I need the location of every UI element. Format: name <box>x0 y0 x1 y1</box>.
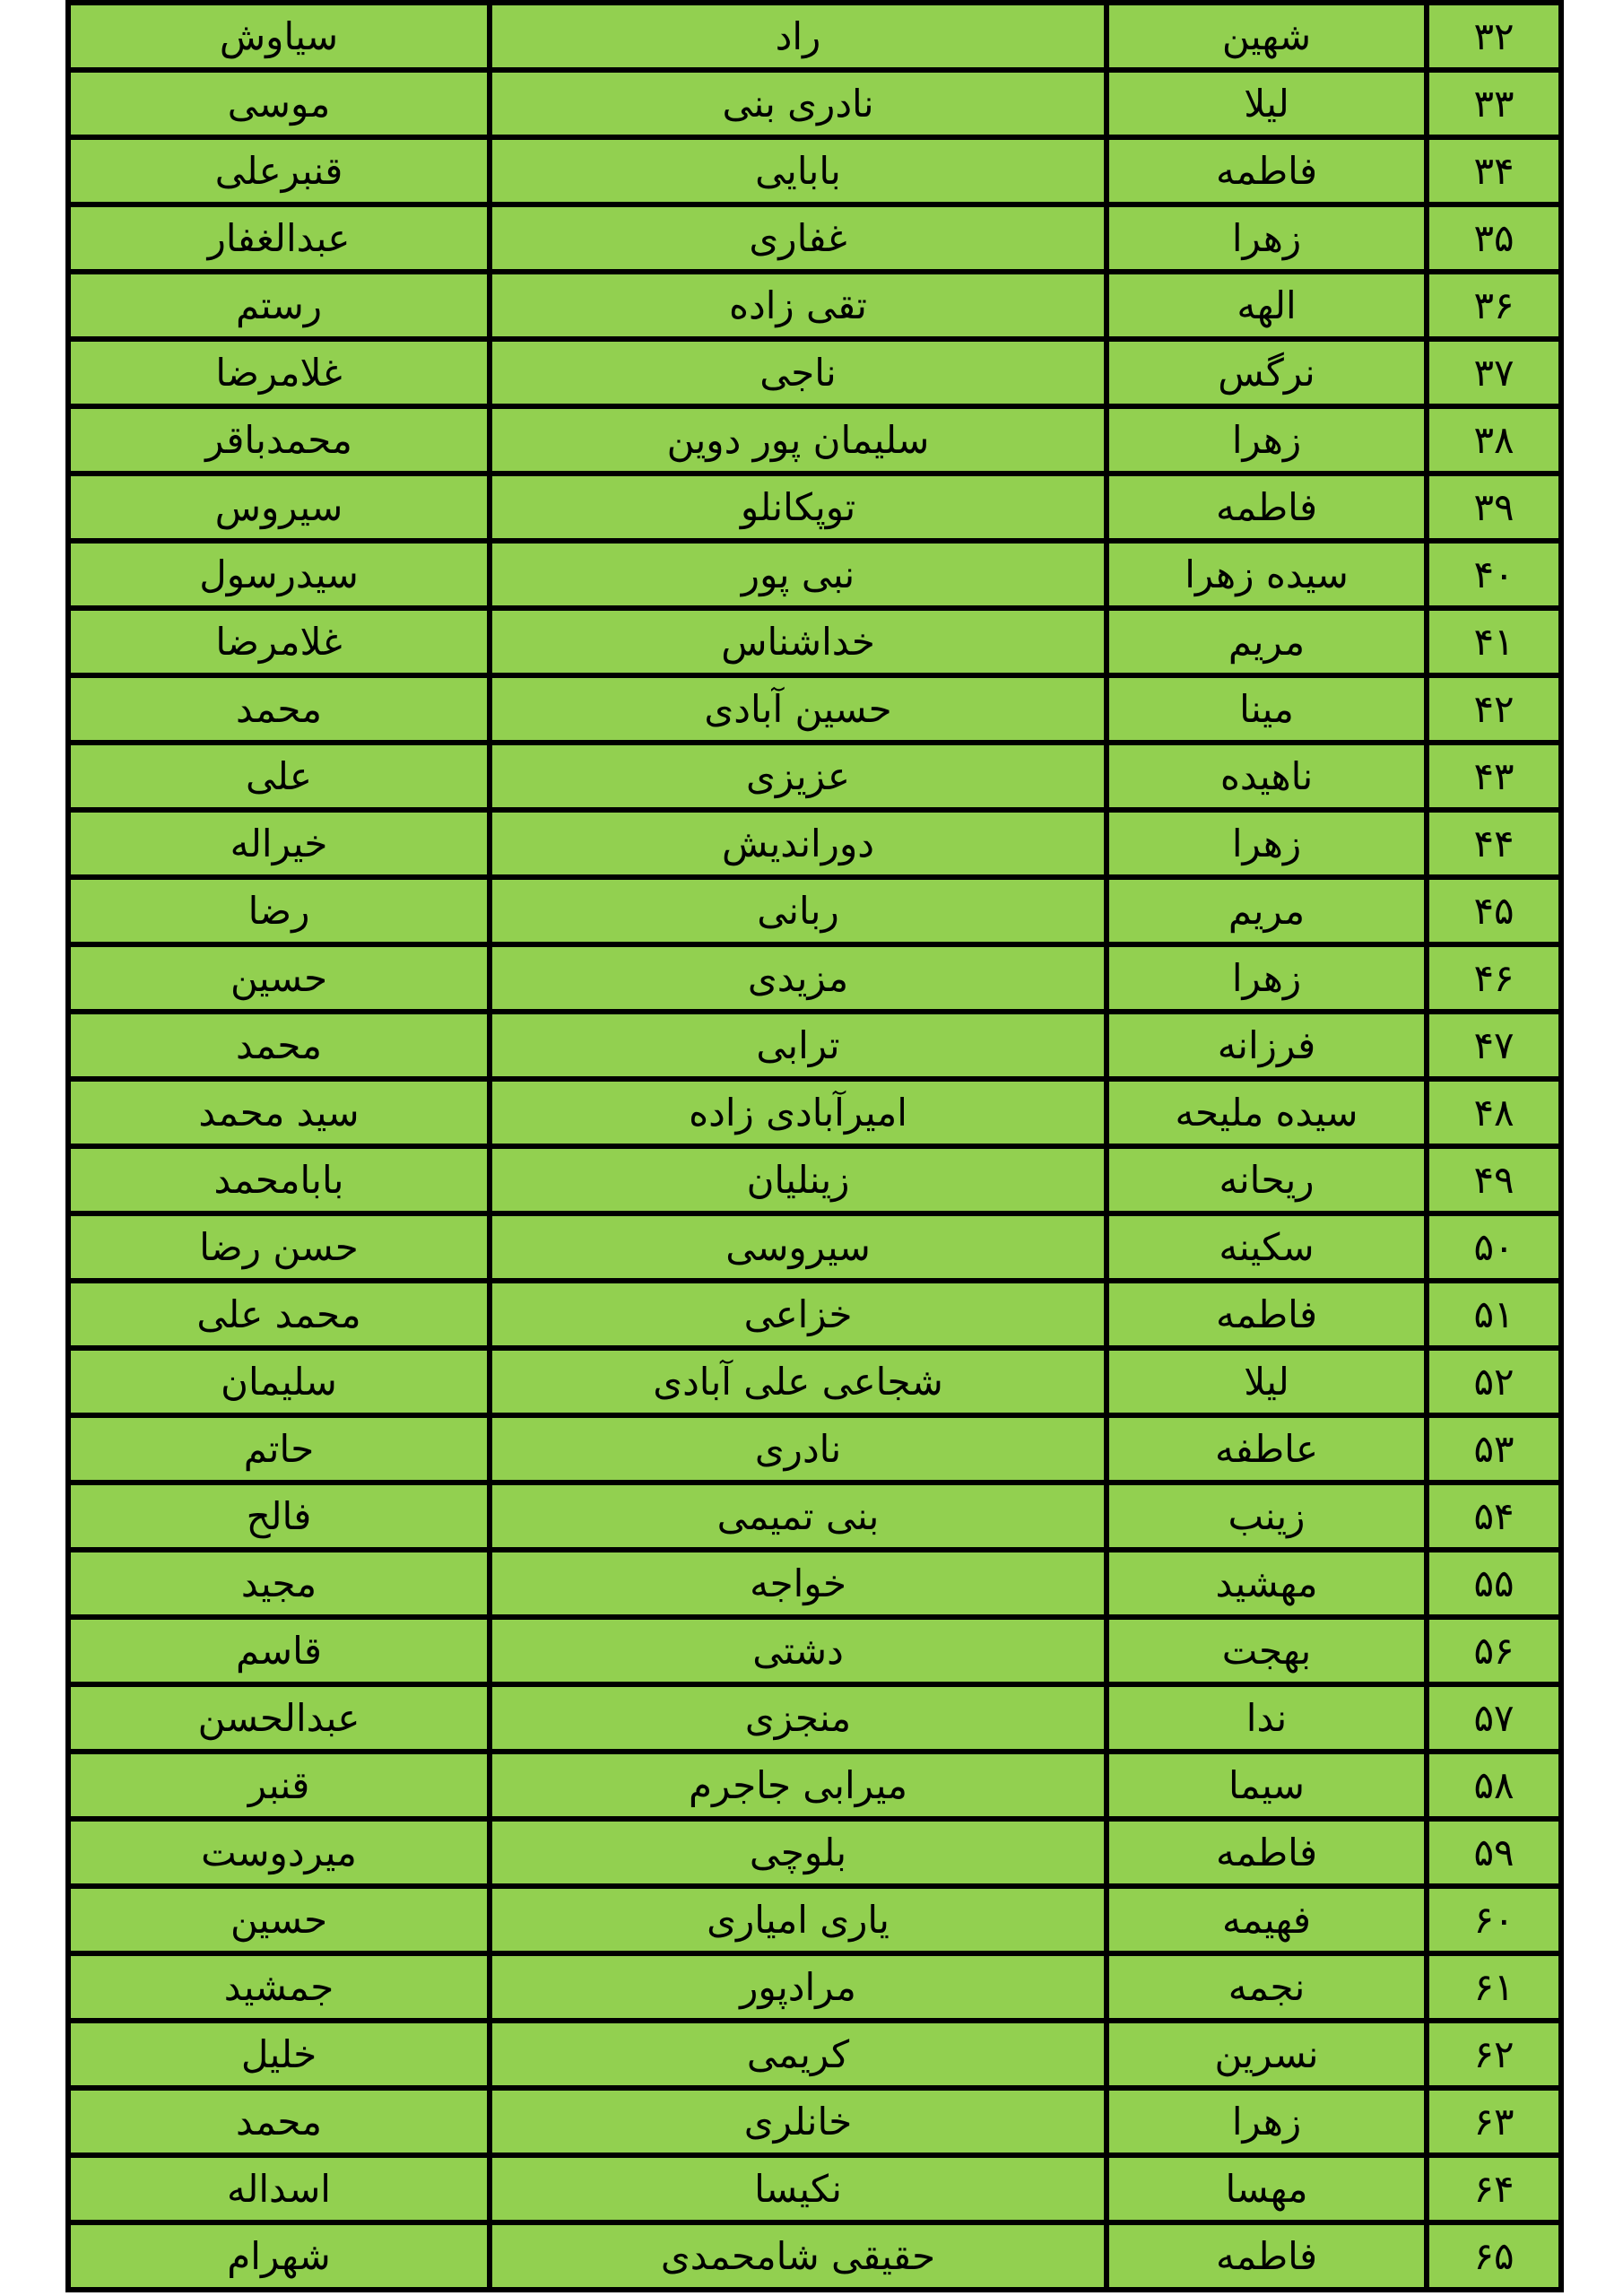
last-name-cell: سلیمان پور دوین <box>490 406 1107 474</box>
row-number-cell: ۶۰ <box>1427 1886 1561 1953</box>
last-name-cell: میرابی جاجرم <box>490 1752 1107 1819</box>
father-name-cell: قنبر <box>68 1752 490 1819</box>
last-name-cell: غفاری <box>490 204 1107 272</box>
father-name-cell: فالح <box>68 1483 490 1550</box>
last-name-cell: خواجه <box>490 1550 1107 1617</box>
row-number-cell: ۳۷ <box>1427 339 1561 406</box>
table-row: ۴۲میناحسین آبادیمحمد <box>68 675 1561 743</box>
row-number-cell: ۳۲ <box>1427 3 1561 70</box>
table-row: ۵۳عاطفهنادریحاتم <box>68 1415 1561 1483</box>
last-name-cell: امیرآبادی زاده <box>490 1079 1107 1146</box>
table-row: ۳۴فاطمهباباییقنبرعلی <box>68 137 1561 204</box>
last-name-cell: خداشناس <box>490 608 1107 675</box>
father-name-cell: موسی <box>68 70 490 137</box>
last-name-cell: سیروسی <box>490 1213 1107 1281</box>
father-name-cell: عبدالحسن <box>68 1684 490 1752</box>
row-number-cell: ۵۷ <box>1427 1684 1561 1752</box>
first-name-cell: زهرا <box>1107 810 1427 877</box>
last-name-cell: بلوچی <box>490 1819 1107 1886</box>
last-name-cell: بابایی <box>490 137 1107 204</box>
first-name-cell: سیما <box>1107 1752 1427 1819</box>
father-name-cell: سیاوش <box>68 3 490 70</box>
table-row: ۳۸زهراسلیمان پور دوینمحمدباقر <box>68 406 1561 474</box>
table-row: ۵۱فاطمهخزاعیمحمد علی <box>68 1281 1561 1348</box>
table-row: ۳۳لیلانادری بنیموسی <box>68 70 1561 137</box>
table-row: ۴۸سیده ملیحهامیرآبادی زادهسید محمد <box>68 1079 1561 1146</box>
last-name-cell: مزیدی <box>490 944 1107 1012</box>
row-number-cell: ۵۸ <box>1427 1752 1561 1819</box>
last-name-cell: حسین آبادی <box>490 675 1107 743</box>
father-name-cell: محمد <box>68 675 490 743</box>
first-name-cell: مریم <box>1107 877 1427 944</box>
table-row: ۵۷ندامنجزیعبدالحسن <box>68 1684 1561 1752</box>
last-name-cell: خانلری <box>490 2088 1107 2155</box>
father-name-cell: اسداله <box>68 2155 490 2222</box>
last-name-cell: خزاعی <box>490 1281 1107 1348</box>
first-name-cell: ریحانه <box>1107 1146 1427 1213</box>
father-name-cell: حسین <box>68 944 490 1012</box>
table-row: ۴۳ناهیدهعزیزیعلی <box>68 743 1561 810</box>
last-name-cell: حقیقی شامحمدی <box>490 2222 1107 2290</box>
row-number-cell: ۴۴ <box>1427 810 1561 877</box>
first-name-cell: زینب <box>1107 1483 1427 1550</box>
table-row: ۵۵مهشیدخواجهمجید <box>68 1550 1561 1617</box>
last-name-cell: نبی پور <box>490 541 1107 608</box>
spreadsheet-page: ۳۲شهینرادسیاوش۳۳لیلانادری بنیموسی۳۴فاطمه… <box>0 0 1623 2296</box>
row-number-cell: ۳۹ <box>1427 474 1561 541</box>
first-name-cell: زهرا <box>1107 2088 1427 2155</box>
last-name-cell: مرادپور <box>490 1953 1107 2021</box>
table-row: ۶۳زهراخانلریمحمد <box>68 2088 1561 2155</box>
father-name-cell: حسین <box>68 1886 490 1953</box>
father-name-cell: علی <box>68 743 490 810</box>
last-name-cell: زینلیان <box>490 1146 1107 1213</box>
row-number-cell: ۵۴ <box>1427 1483 1561 1550</box>
first-name-cell: بهجت <box>1107 1617 1427 1684</box>
table-row: ۵۲لیلاشجاعی علی آبادیسلیمان <box>68 1348 1561 1415</box>
table-row: ۴۹ریحانهزینلیانبابامحمد <box>68 1146 1561 1213</box>
first-name-cell: لیلا <box>1107 70 1427 137</box>
first-name-cell: الهه <box>1107 272 1427 339</box>
father-name-cell: جمشید <box>68 1953 490 2021</box>
row-number-cell: ۵۰ <box>1427 1213 1561 1281</box>
row-number-cell: ۴۳ <box>1427 743 1561 810</box>
row-number-cell: ۴۲ <box>1427 675 1561 743</box>
last-name-cell: منجزی <box>490 1684 1107 1752</box>
father-name-cell: سلیمان <box>68 1348 490 1415</box>
father-name-cell: سیروس <box>68 474 490 541</box>
table-row: ۳۲شهینرادسیاوش <box>68 3 1561 70</box>
table-row: ۵۰سکینهسیروسیحسن رضا <box>68 1213 1561 1281</box>
father-name-cell: محمد <box>68 2088 490 2155</box>
table-row: ۴۶زهرامزیدیحسین <box>68 944 1561 1012</box>
row-number-cell: ۵۳ <box>1427 1415 1561 1483</box>
last-name-cell: توپکانلو <box>490 474 1107 541</box>
row-number-cell: ۴۰ <box>1427 541 1561 608</box>
table-row: ۵۶بهجتدشتیقاسم <box>68 1617 1561 1684</box>
names-table: ۳۲شهینرادسیاوش۳۳لیلانادری بنیموسی۳۴فاطمه… <box>65 0 1564 2292</box>
row-number-cell: ۳۴ <box>1427 137 1561 204</box>
last-name-cell: دشتی <box>490 1617 1107 1684</box>
last-name-cell: ربانی <box>490 877 1107 944</box>
table-row: ۶۲نسرینکریمیخلیل <box>68 2021 1561 2088</box>
last-name-cell: دوراندیش <box>490 810 1107 877</box>
father-name-cell: بابامحمد <box>68 1146 490 1213</box>
first-name-cell: مینا <box>1107 675 1427 743</box>
table-row: ۴۵مریمربانیرضا <box>68 877 1561 944</box>
first-name-cell: لیلا <box>1107 1348 1427 1415</box>
first-name-cell: سیده ملیحه <box>1107 1079 1427 1146</box>
table-row: ۶۵فاطمهحقیقی شامحمدیشهرام <box>68 2222 1561 2290</box>
row-number-cell: ۶۳ <box>1427 2088 1561 2155</box>
table-row: ۵۴زینببنی تمیمیفالح <box>68 1483 1561 1550</box>
last-name-cell: عزیزی <box>490 743 1107 810</box>
table-body: ۳۲شهینرادسیاوش۳۳لیلانادری بنیموسی۳۴فاطمه… <box>68 3 1561 2290</box>
first-name-cell: نسرین <box>1107 2021 1427 2088</box>
father-name-cell: غلامرضا <box>68 339 490 406</box>
father-name-cell: حاتم <box>68 1415 490 1483</box>
last-name-cell: کریمی <box>490 2021 1107 2088</box>
first-name-cell: فاطمه <box>1107 137 1427 204</box>
first-name-cell: فرزانه <box>1107 1012 1427 1079</box>
father-name-cell: خیراله <box>68 810 490 877</box>
table-row: ۶۴مهسانکیسااسداله <box>68 2155 1561 2222</box>
first-name-cell: مهشید <box>1107 1550 1427 1617</box>
row-number-cell: ۴۱ <box>1427 608 1561 675</box>
first-name-cell: سکینه <box>1107 1213 1427 1281</box>
row-number-cell: ۳۸ <box>1427 406 1561 474</box>
table-row: ۶۱نجمهمرادپورجمشید <box>68 1953 1561 2021</box>
first-name-cell: نجمه <box>1107 1953 1427 2021</box>
last-name-cell: ناجی <box>490 339 1107 406</box>
row-number-cell: ۴۷ <box>1427 1012 1561 1079</box>
row-number-cell: ۶۲ <box>1427 2021 1561 2088</box>
row-number-cell: ۵۲ <box>1427 1348 1561 1415</box>
table-row: ۵۸سیمامیرابی جاجرمقنبر <box>68 1752 1561 1819</box>
father-name-cell: حسن رضا <box>68 1213 490 1281</box>
table-row: ۴۱مریمخداشناسغلامرضا <box>68 608 1561 675</box>
first-name-cell: زهرا <box>1107 406 1427 474</box>
row-number-cell: ۴۶ <box>1427 944 1561 1012</box>
row-number-cell: ۳۳ <box>1427 70 1561 137</box>
last-name-cell: تقی زاده <box>490 272 1107 339</box>
row-number-cell: ۵۶ <box>1427 1617 1561 1684</box>
table-row: ۳۶الههتقی زادهرستم <box>68 272 1561 339</box>
row-number-cell: ۳۵ <box>1427 204 1561 272</box>
last-name-cell: بنی تمیمی <box>490 1483 1107 1550</box>
father-name-cell: عبدالغفار <box>68 204 490 272</box>
father-name-cell: رستم <box>68 272 490 339</box>
row-number-cell: ۶۱ <box>1427 1953 1561 2021</box>
father-name-cell: خلیل <box>68 2021 490 2088</box>
row-number-cell: ۵۵ <box>1427 1550 1561 1617</box>
last-name-cell: راد <box>490 3 1107 70</box>
last-name-cell: نادری <box>490 1415 1107 1483</box>
father-name-cell: محمد <box>68 1012 490 1079</box>
table-row: ۳۵زهراغفاریعبدالغفار <box>68 204 1561 272</box>
first-name-cell: شهین <box>1107 3 1427 70</box>
father-name-cell: سید محمد <box>68 1079 490 1146</box>
father-name-cell: مجید <box>68 1550 490 1617</box>
first-name-cell: مهسا <box>1107 2155 1427 2222</box>
father-name-cell: غلامرضا <box>68 608 490 675</box>
first-name-cell: سیده زهرا <box>1107 541 1427 608</box>
table-row: ۳۷نرگسناجیغلامرضا <box>68 339 1561 406</box>
table-row: ۵۹فاطمهبلوچیمیردوست <box>68 1819 1561 1886</box>
table-row: ۴۴زهرادوراندیشخیراله <box>68 810 1561 877</box>
father-name-cell: قاسم <box>68 1617 490 1684</box>
first-name-cell: زهرا <box>1107 944 1427 1012</box>
father-name-cell: سیدرسول <box>68 541 490 608</box>
first-name-cell: مریم <box>1107 608 1427 675</box>
father-name-cell: محمد علی <box>68 1281 490 1348</box>
first-name-cell: ندا <box>1107 1684 1427 1752</box>
father-name-cell: شهرام <box>68 2222 490 2290</box>
first-name-cell: فاطمه <box>1107 2222 1427 2290</box>
first-name-cell: نرگس <box>1107 339 1427 406</box>
father-name-cell: قنبرعلی <box>68 137 490 204</box>
row-number-cell: ۶۵ <box>1427 2222 1561 2290</box>
first-name-cell: فهیمه <box>1107 1886 1427 1953</box>
first-name-cell: ناهیده <box>1107 743 1427 810</box>
row-number-cell: ۴۸ <box>1427 1079 1561 1146</box>
row-number-cell: ۵۹ <box>1427 1819 1561 1886</box>
first-name-cell: فاطمه <box>1107 474 1427 541</box>
last-name-cell: شجاعی علی آبادی <box>490 1348 1107 1415</box>
last-name-cell: یاری امیاری <box>490 1886 1107 1953</box>
last-name-cell: نادری بنی <box>490 70 1107 137</box>
first-name-cell: عاطفه <box>1107 1415 1427 1483</box>
father-name-cell: میردوست <box>68 1819 490 1886</box>
first-name-cell: فاطمه <box>1107 1281 1427 1348</box>
first-name-cell: فاطمه <box>1107 1819 1427 1886</box>
row-number-cell: ۴۵ <box>1427 877 1561 944</box>
table-row: ۳۹فاطمهتوپکانلوسیروس <box>68 474 1561 541</box>
row-number-cell: ۳۶ <box>1427 272 1561 339</box>
row-number-cell: ۵۱ <box>1427 1281 1561 1348</box>
father-name-cell: رضا <box>68 877 490 944</box>
table-row: ۴۰سیده زهرانبی پورسیدرسول <box>68 541 1561 608</box>
last-name-cell: نکیسا <box>490 2155 1107 2222</box>
last-name-cell: ترابی <box>490 1012 1107 1079</box>
table-row: ۴۷فرزانهترابیمحمد <box>68 1012 1561 1079</box>
first-name-cell: زهرا <box>1107 204 1427 272</box>
father-name-cell: محمدباقر <box>68 406 490 474</box>
row-number-cell: ۶۴ <box>1427 2155 1561 2222</box>
table-row: ۶۰فهیمهیاری امیاریحسین <box>68 1886 1561 1953</box>
row-number-cell: ۴۹ <box>1427 1146 1561 1213</box>
